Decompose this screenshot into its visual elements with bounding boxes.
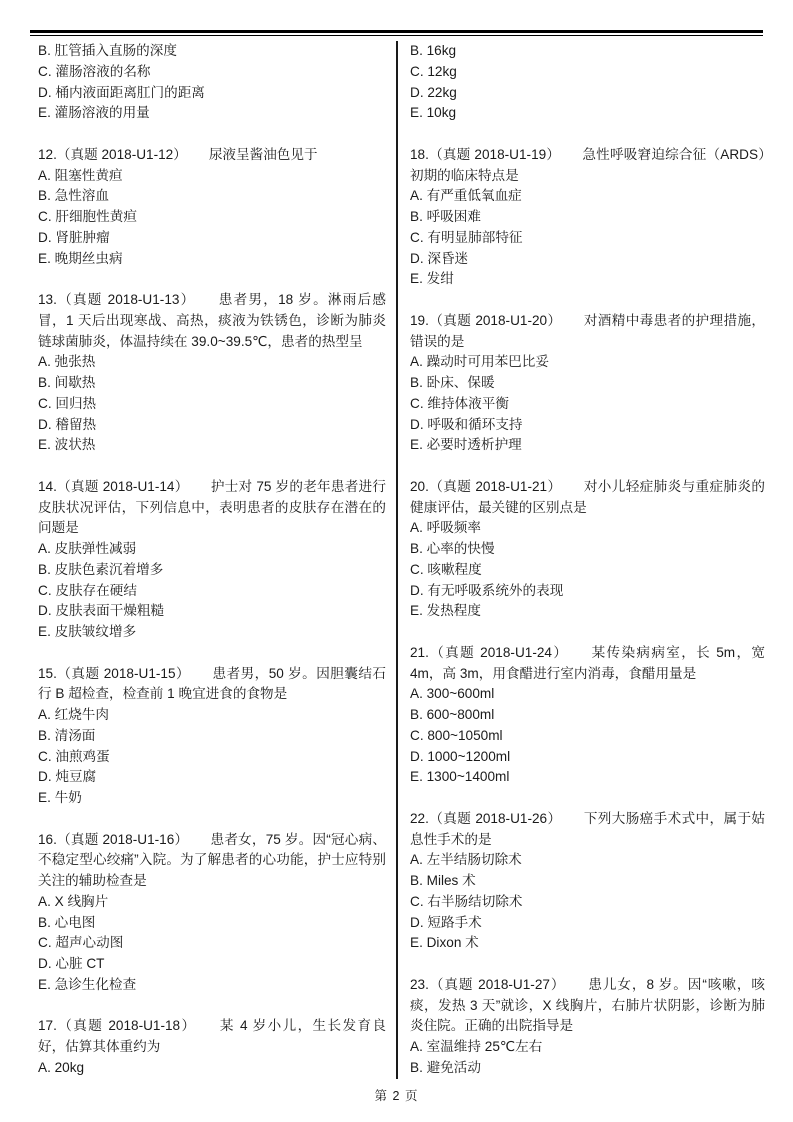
question-block: 23.（真题 2018-U1-27）患儿女，8 岁。因“咳嗽，咳痰，发热 3 天… <box>410 975 765 1079</box>
question-number: 22.（真题 2018-U1-26） <box>410 811 561 826</box>
page-number: 第 2 页 <box>0 1086 793 1104</box>
left-column: B. 肛管插入直肠的深度C. 灌肠溶液的名称D. 桶内液面距离肛门的距离E. 灌… <box>38 41 386 1079</box>
option-item: B. 呼吸困难 <box>410 207 765 228</box>
option-item: E. 灌肠溶液的用量 <box>38 103 386 124</box>
question-text: 15.（真题 2018-U1-15）患者男，50 岁。因胆囊结石行 B 超检查，… <box>38 664 386 706</box>
option-item: C. 维持体液平衡 <box>410 394 765 415</box>
question-stem: 尿液呈酱油色见于 <box>209 147 318 162</box>
option-item: E. 10kg <box>410 103 765 124</box>
question-block: 12.（真题 2018-U1-12）尿液呈酱油色见于A. 阻塞性黄疸B. 急性溶… <box>38 145 386 270</box>
option-item: A. 有严重低氧血症 <box>410 186 765 207</box>
option-item: D. 短路手术 <box>410 913 765 934</box>
document-page: B. 肛管插入直肠的深度C. 灌肠溶液的名称D. 桶内液面距离肛门的距离E. 灌… <box>0 0 793 1122</box>
option-item: B. 肛管插入直肠的深度 <box>38 41 386 62</box>
option-item: B. 16kg <box>410 41 765 62</box>
question-number: 23.（真题 2018-U1-27） <box>410 977 565 992</box>
question-text: 14.（真题 2018-U1-14）护士对 75 岁的老年患者进行皮肤状况评估，… <box>38 477 386 539</box>
option-item: A. 300~600ml <box>410 684 765 705</box>
option-item: C. 回归热 <box>38 394 386 415</box>
option-item: C. 皮肤存在硬结 <box>38 581 386 602</box>
option-item: D. 深昏迷 <box>410 249 765 270</box>
option-item: A. X 线胸片 <box>38 892 386 913</box>
question-text: 18.（真题 2018-U1-19）急性呼吸窘迫综合征（ARDS）初期的临床特点… <box>410 145 765 187</box>
option-item: A. 弛张热 <box>38 352 386 373</box>
question-block: 20.（真题 2018-U1-21）对小儿轻症肺炎与重症肺炎的健康评估，最关键的… <box>410 477 765 622</box>
option-item: E. 发热程度 <box>410 601 765 622</box>
option-item: C. 超声心动图 <box>38 933 386 954</box>
option-item: D. 皮肤表面干燥粗糙 <box>38 601 386 622</box>
option-item: D. 炖豆腐 <box>38 767 386 788</box>
option-item: E. 波状热 <box>38 435 386 456</box>
option-item: C. 油煎鸡蛋 <box>38 747 386 768</box>
option-item: B. 心电图 <box>38 913 386 934</box>
option-item: B. 心率的快慢 <box>410 539 765 560</box>
question-block: 14.（真题 2018-U1-14）护士对 75 岁的老年患者进行皮肤状况评估，… <box>38 477 386 643</box>
question-number: 21.（真题 2018-U1-24） <box>410 645 568 660</box>
option-item: C. 肝细胞性黄疸 <box>38 207 386 228</box>
option-item: A. 室温维持 25℃左右 <box>410 1037 765 1058</box>
option-item: E. Dixon 术 <box>410 933 765 954</box>
question-block: 21.（真题 2018-U1-24）某传染病病室，长 5m，宽 4m，高 3m，… <box>410 643 765 788</box>
question-text: 19.（真题 2018-U1-20）对酒精中毒患者的护理措施，错误的是 <box>410 311 765 353</box>
option-item: B. 600~800ml <box>410 705 765 726</box>
option-item: E. 牛奶 <box>38 788 386 809</box>
question-block: 19.（真题 2018-U1-20）对酒精中毒患者的护理措施，错误的是A. 躁动… <box>410 311 765 456</box>
option-item: B. 卧床、保暖 <box>410 373 765 394</box>
option-item: E. 1300~1400ml <box>410 767 765 788</box>
question-block: 13.（真题 2018-U1-13）患者男，18 岁。淋雨后感冒，1 天后出现寒… <box>38 290 386 456</box>
option-item: A. 左半结肠切除术 <box>410 850 765 871</box>
question-text: 12.（真题 2018-U1-12）尿液呈酱油色见于 <box>38 145 386 166</box>
question-number: 17.（真题 2018-U1-18） <box>38 1018 196 1033</box>
question-block: 22.（真题 2018-U1-26）下列大肠癌手术式中，属于姑息性手术的是A. … <box>410 809 765 954</box>
option-item: B. Miles 术 <box>410 871 765 892</box>
option-item: C. 咳嗽程度 <box>410 560 765 581</box>
question-number: 19.（真题 2018-U1-20） <box>410 313 561 328</box>
option-item: E. 急诊生化检查 <box>38 975 386 996</box>
question-number: 15.（真题 2018-U1-15） <box>38 666 190 681</box>
option-item: D. 心脏 CT <box>38 954 386 975</box>
option-item: E. 必要时透析护理 <box>410 435 765 456</box>
question-text: 17.（真题 2018-U1-18）某 4 岁小儿，生长发育良好，估算其体重约为 <box>38 1016 386 1058</box>
option-item: D. 桶内液面距离肛门的距离 <box>38 83 386 104</box>
option-item: D. 22kg <box>410 83 765 104</box>
two-column-body: B. 肛管插入直肠的深度C. 灌肠溶液的名称D. 桶内液面距离肛门的距离E. 灌… <box>38 41 765 1079</box>
right-column: B. 16kgC. 12kgD. 22kgE. 10kg18.（真题 2018-… <box>410 41 765 1079</box>
question-number: 16.（真题 2018-U1-16） <box>38 832 188 847</box>
option-item: A. 20kg <box>38 1058 386 1079</box>
option-item: D. 1000~1200ml <box>410 747 765 768</box>
column-divider <box>396 41 398 1079</box>
question-number: 12.（真题 2018-U1-12） <box>38 147 187 162</box>
option-item: A. 阻塞性黄疸 <box>38 166 386 187</box>
option-item: B. 急性溶血 <box>38 186 386 207</box>
question-text: 23.（真题 2018-U1-27）患儿女，8 岁。因“咳嗽，咳痰，发热 3 天… <box>410 975 765 1037</box>
option-item: D. 肾脏肿瘤 <box>38 228 386 249</box>
option-item: D. 呼吸和循环支持 <box>410 415 765 436</box>
option-item: C. 灌肠溶液的名称 <box>38 62 386 83</box>
option-item: B. 避免活动 <box>410 1058 765 1079</box>
question-block: 18.（真题 2018-U1-19）急性呼吸窘迫综合征（ARDS）初期的临床特点… <box>410 145 765 290</box>
option-item: D. 有无呼吸系统外的表现 <box>410 581 765 602</box>
option-item: D. 稽留热 <box>38 415 386 436</box>
question-block: 16.（真题 2018-U1-16）患者女，75 岁。因“冠心病、不稳定型心绞痛… <box>38 830 386 996</box>
question-number: 13.（真题 2018-U1-13） <box>38 292 196 307</box>
question-text: 22.（真题 2018-U1-26）下列大肠癌手术式中，属于姑息性手术的是 <box>410 809 765 851</box>
option-item: A. 躁动时可用苯巴比妥 <box>410 352 765 373</box>
option-item: A. 呼吸频率 <box>410 518 765 539</box>
option-item: C. 12kg <box>410 62 765 83</box>
option-item: A. 皮肤弹性减弱 <box>38 539 386 560</box>
option-item: E. 发绀 <box>410 269 765 290</box>
question-number: 14.（真题 2018-U1-14） <box>38 479 189 494</box>
question-block: 15.（真题 2018-U1-15）患者男，50 岁。因胆囊结石行 B 超检查，… <box>38 664 386 809</box>
question-text: 13.（真题 2018-U1-13）患者男，18 岁。淋雨后感冒，1 天后出现寒… <box>38 290 386 352</box>
option-item: A. 红烧牛肉 <box>38 705 386 726</box>
option-item: B. 皮肤色素沉着增多 <box>38 560 386 581</box>
option-item: E. 皮肤皱纹增多 <box>38 622 386 643</box>
question-number: 20.（真题 2018-U1-21） <box>410 479 561 494</box>
option-item: B. 间歇热 <box>38 373 386 394</box>
question-text: 21.（真题 2018-U1-24）某传染病病室，长 5m，宽 4m，高 3m，… <box>410 643 765 685</box>
option-item: C. 有明显肺部特征 <box>410 228 765 249</box>
question-text: 16.（真题 2018-U1-16）患者女，75 岁。因“冠心病、不稳定型心绞痛… <box>38 830 386 892</box>
question-text: 20.（真题 2018-U1-21）对小儿轻症肺炎与重症肺炎的健康评估，最关键的… <box>410 477 765 519</box>
question-block: 17.（真题 2018-U1-18）某 4 岁小儿，生长发育良好，估算其体重约为… <box>38 1016 386 1078</box>
option-item: C. 800~1050ml <box>410 726 765 747</box>
header-double-rule <box>30 30 763 36</box>
option-item: E. 晚期丝虫病 <box>38 249 386 270</box>
option-item: B. 清汤面 <box>38 726 386 747</box>
question-number: 18.（真题 2018-U1-19） <box>410 147 560 162</box>
option-item: C. 右半肠结切除术 <box>410 892 765 913</box>
